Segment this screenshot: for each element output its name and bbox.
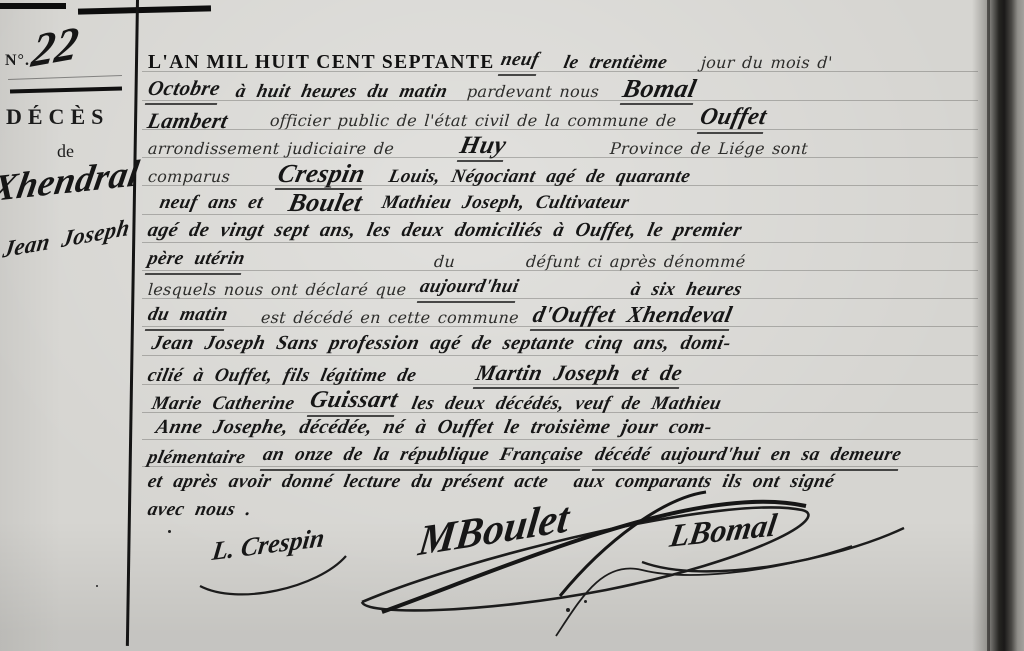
form-script-text: Province de Liége sont	[609, 135, 809, 162]
handwritten-text: Lambert	[145, 107, 231, 134]
form-script-text: pardevant nous	[466, 78, 600, 105]
handwritten-text: Boulet	[286, 189, 365, 216]
form-script-text: est décédé en cette commune	[260, 304, 520, 331]
handwritten-text: Octobre	[145, 75, 223, 105]
handwritten-text: Mathieu Joseph, Cultivateur	[379, 189, 632, 216]
handwritten-text: neuf ans et	[157, 189, 266, 216]
handwritten-text: Guissart	[307, 387, 401, 417]
handwritten-text: Ouffet	[697, 104, 769, 134]
form-script-text: lesquels nous ont déclaré que	[147, 276, 407, 303]
document-line: et après avoir donné lecture du présent …	[148, 468, 982, 497]
ink-speck	[96, 585, 98, 587]
form-script-text: comparus	[147, 163, 231, 190]
handwritten-text: Anne Josephe, décédée, né à Ouffet le tr…	[153, 414, 715, 441]
handwritten-text: Marie Catherine	[149, 390, 297, 417]
body-text: L'AN MIL HUIT CENT SEPTANTEneufle trenti…	[0, 0, 1024, 651]
document-line: comparusCrespinLouis, Négociant agé de q…	[148, 160, 982, 189]
document-line: Marie CatherineGuissartles deux décédés,…	[148, 387, 982, 416]
document-line: du matinest décédé en cette communed'Ouf…	[148, 301, 982, 330]
handwritten-text: cilié à Ouffet, fils légitime de	[145, 362, 419, 389]
death-certificate-scan: N°. 22 DÉCÈS de Xhendral Jean Joseph L'A…	[0, 0, 1024, 651]
handwritten-text: Louis, Négociant agé de quarante	[386, 163, 693, 190]
handwritten-text: d'Ouffet Xhendeval	[530, 301, 735, 331]
document-line: Jean Joseph Sans profession agé de septa…	[148, 330, 982, 359]
handwritten-text: le trentième	[561, 49, 670, 76]
handwritten-text: à six heures	[628, 276, 745, 303]
document-line: Octobreà huit heures du matinpardevant n…	[148, 75, 982, 104]
document-line: neuf ans etBouletMathieu Joseph, Cultiva…	[148, 189, 982, 218]
ink-speck	[330, 96, 332, 98]
handwritten-text: an onze de la république Française	[260, 441, 586, 471]
handwritten-text: Martin Joseph et de	[473, 359, 685, 389]
form-script-text: officier public de l'état civil de la co…	[269, 107, 677, 134]
form-script-text: jour du mois d'	[700, 49, 834, 76]
document-line: plémentairean onze de la république Fran…	[148, 441, 982, 470]
printed-caps-text: L'AN MIL HUIT CENT SEPTANTE	[148, 52, 495, 73]
document-line: arrondissement judiciaire deHuyProvince …	[148, 132, 982, 161]
handwritten-text: Crespin	[275, 160, 368, 190]
handwritten-text: décédé aujourd'hui en sa demeure	[592, 441, 904, 471]
handwritten-text: à huit heures du matin	[233, 78, 450, 105]
handwritten-text: plémentaire	[145, 444, 248, 471]
handwritten-text: aujourd'hui	[417, 273, 522, 303]
document-line: agé de vingt sept ans, les deux domicili…	[148, 217, 982, 246]
document-line: cilié à Ouffet, fils légitime deMartin J…	[148, 359, 982, 388]
document-line: père utérindudéfunt ci après dénommé	[148, 245, 982, 274]
form-script-text: défunt ci après dénommé	[525, 248, 746, 275]
document-line: lesquels nous ont déclaré queaujourd'hui…	[148, 273, 982, 302]
ink-speck	[168, 530, 171, 533]
handwritten-text: père utérin	[145, 245, 248, 275]
document-line: L'AN MIL HUIT CENT SEPTANTEneufle trenti…	[148, 46, 982, 75]
document-line: Anne Josephe, décédée, né à Ouffet le tr…	[148, 414, 982, 443]
handwritten-text: et après avoir donné lecture du présent …	[145, 468, 551, 495]
form-script-text: du	[433, 248, 456, 275]
handwritten-text: du matin	[145, 301, 231, 331]
handwritten-text: aux comparants ils ont signé	[571, 468, 837, 495]
handwritten-text: Jean Joseph Sans profession agé de septa…	[149, 330, 733, 357]
document-line: Lambertofficier public de l'état civil d…	[148, 104, 982, 133]
handwritten-text: Bomal	[620, 75, 699, 105]
ink-speck	[584, 600, 587, 603]
handwritten-text: avec nous .	[145, 496, 254, 523]
handwritten-text: les deux décédés, veuf de Mathieu	[409, 390, 724, 417]
form-script-text: arrondissement judiciaire de	[147, 135, 395, 162]
handwritten-text: neuf	[497, 46, 541, 76]
handwritten-text: agé de vingt sept ans, les deux domicili…	[145, 217, 744, 244]
ink-speck	[566, 608, 570, 612]
handwritten-text: Huy	[457, 132, 509, 162]
